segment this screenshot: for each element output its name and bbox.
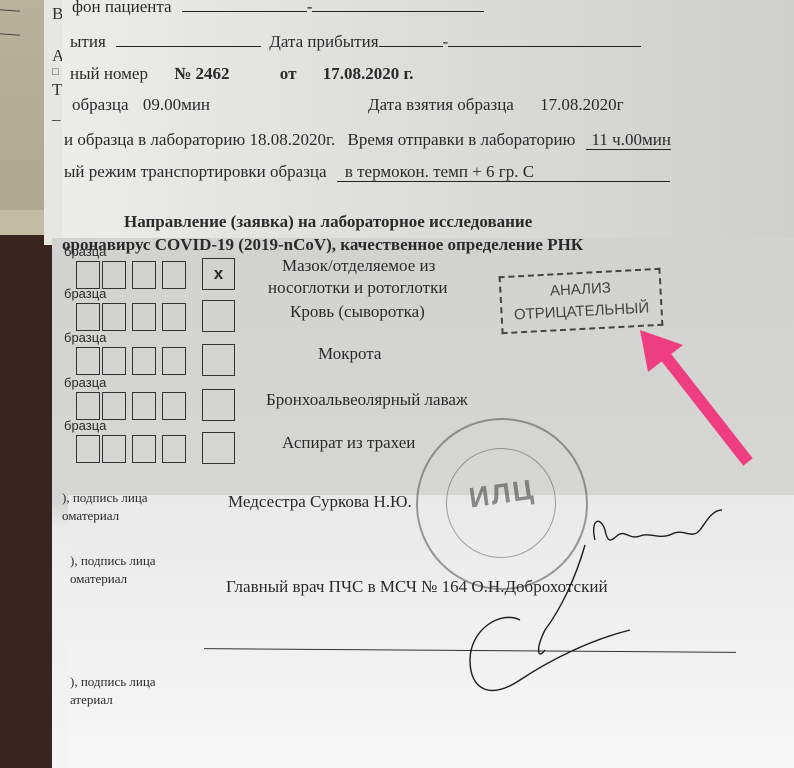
arrow-icon — [640, 330, 748, 462]
annotation-overlay — [0, 0, 794, 768]
handwritten-signature-icon — [470, 510, 722, 690]
